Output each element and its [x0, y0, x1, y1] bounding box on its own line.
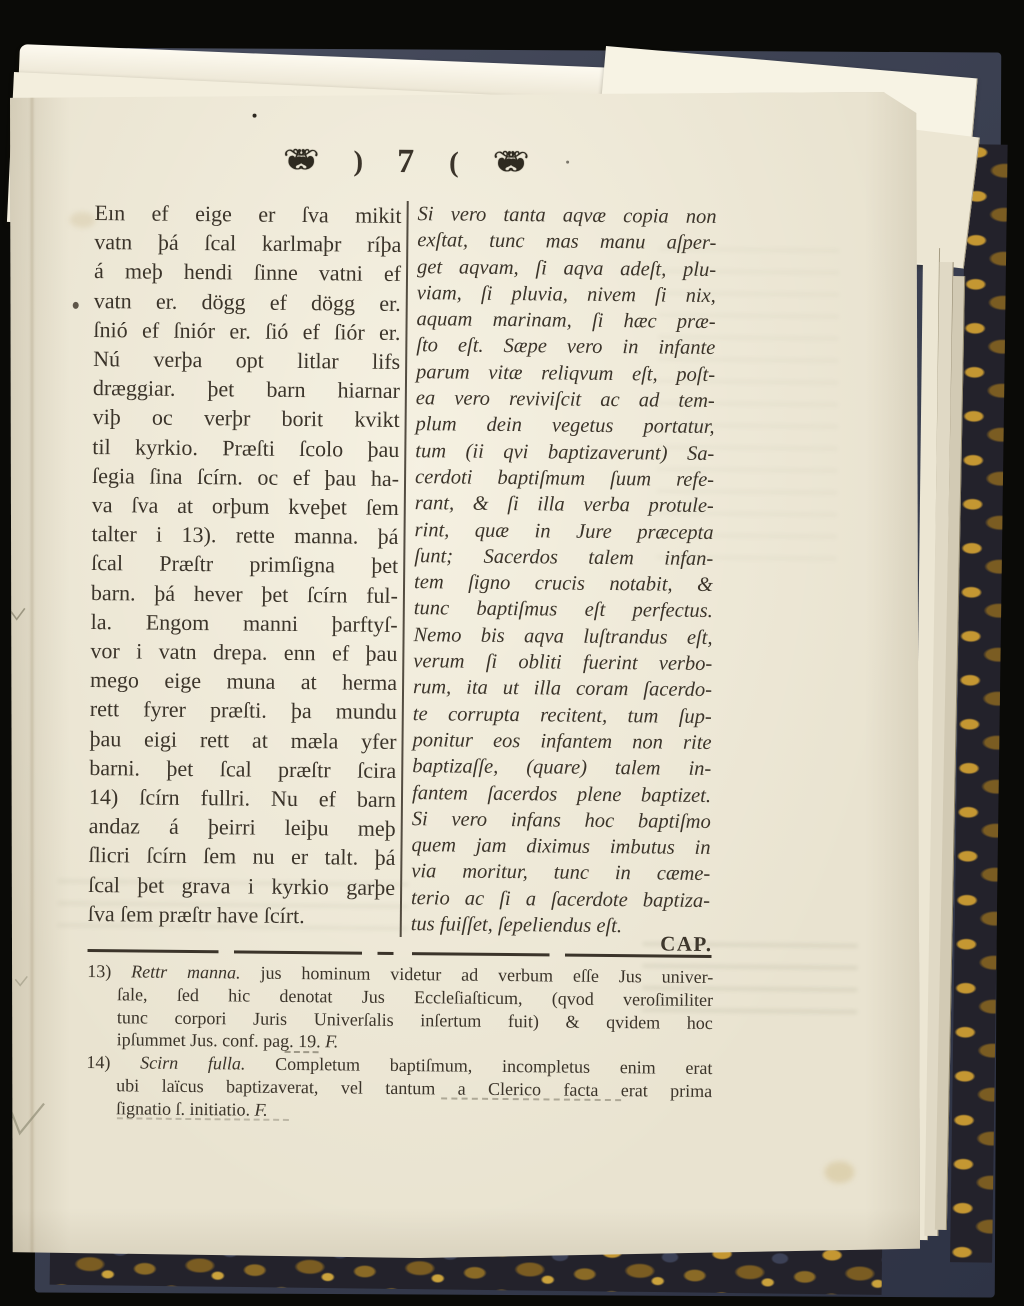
- text-line: Nemo bis aqva luſtrandus eſt,: [413, 622, 712, 651]
- text-line: ſlicri ſcírn ſem nu er talt. þá: [88, 840, 395, 872]
- text-line: plum dein vegetus portatur,: [415, 412, 714, 441]
- text-line: andaz á þeirri leiþu meþ: [89, 811, 396, 843]
- text-line: tem ſigno crucis notabit, &: [414, 569, 713, 598]
- text-line: ſto eſt. Sæpe vero in infante: [416, 333, 715, 362]
- text-line: rum, ita ut illa coram ſacerdo-: [413, 674, 712, 703]
- foxing-stain: [824, 1161, 854, 1183]
- header-left-bracket: ): [353, 145, 363, 178]
- pencil-checkmark-icon: [14, 975, 28, 987]
- text-line: va ſva at orþum kveþet ſem: [92, 490, 399, 522]
- ink-speck: [253, 114, 257, 118]
- text-line: mego eige muna at herma: [90, 665, 397, 697]
- text-line: barni. þet ſcal præſtr ſcira: [89, 753, 396, 785]
- text-line: 14) ſcírn fullri. Nu ef barn: [89, 782, 396, 814]
- text-line: aquam marinam, ſi hæc præ-: [416, 306, 715, 335]
- footnote-separator-rule: [88, 949, 712, 958]
- text-line: til kyrkio. Præſti ſcolo þau: [92, 432, 399, 464]
- text-line: dræggiar. þet barn hiarnar: [93, 373, 400, 405]
- text-line: ſegia ſina ſcírn. oc ef þau ha-: [92, 461, 399, 493]
- text-line: ponitur eos infantem non rite: [412, 727, 711, 756]
- text-line: rett fyrer præſti. þa mundu: [90, 694, 397, 726]
- text-line: parum vitæ reliqvum eſt, poſt-: [416, 359, 715, 388]
- text-line: á meþ hendi ſinne vatni ef: [94, 256, 401, 288]
- text-line: cerdoti baptiſmum ſuum refe-: [415, 464, 714, 493]
- text-line: ſva ſem præſtr have ſcírt.: [88, 899, 395, 931]
- text-line: baptizaſſe, (quare) talem in-: [412, 753, 711, 782]
- text-line: verum ſi obliti fuerint verbo-: [413, 648, 712, 677]
- text-line: terio ac ſi a ſacerdote baptiza-: [411, 885, 710, 914]
- text-line: viam, ſi pluvia, nivem ſi nix,: [417, 280, 716, 309]
- book-page: ❦❦ ) 7 ( ❦❦ Eın ef eige er ſva mikitvatn…: [10, 92, 920, 1258]
- text-line: ſcal Præſtr primſigna þet: [91, 548, 398, 580]
- text-line: te corrupta recitent, tum ſup-: [413, 701, 712, 730]
- foxing-stain: [69, 212, 95, 228]
- text-line: tum (ii qvi baptizaverunt) Sa-: [415, 438, 714, 467]
- text-line: get aqvam, ſi aqva adeſt, plu-: [417, 254, 716, 283]
- text-line: ſcal þet grava i kyrkio garþe: [88, 870, 395, 902]
- fleuron-ornament-icon: ❦❦: [493, 146, 530, 180]
- column-latin: Si vero tanta aqvæ copia nonexſtat, tunc…: [402, 201, 717, 940]
- text-line: Eın ef eige er ſva mikit: [94, 198, 401, 230]
- pencil-checkmark-icon: [10, 607, 26, 621]
- margin-dot: [73, 302, 79, 309]
- column-icelandic: Eın ef eige er ſva mikitvatn þá ſcal kar…: [88, 198, 402, 931]
- text-line: via moritur, tunc in cæme-: [411, 859, 710, 888]
- text-columns: Eın ef eige er ſva mikitvatn þá ſcal kar…: [88, 198, 717, 940]
- text-line: Si vero infans hoc baptiſmo: [412, 806, 711, 835]
- text-line: ea vero reviviſcit ac ad tem-: [416, 385, 715, 414]
- text-line: fantem ſacerdos plene baptizet.: [412, 780, 711, 809]
- fleuron-ornament-icon: ❦❦: [283, 144, 320, 178]
- text-line: Si vero tanta aqvæ copia non: [417, 201, 716, 230]
- text-line: vatn þá ſcal karlmaþr ríþa: [94, 227, 401, 259]
- text-line: quem jam diximus imbutus in: [411, 832, 710, 861]
- page-number: 7: [397, 143, 415, 181]
- text-line: vor i vatn drepa. enn ef þau: [90, 636, 397, 668]
- text-line: ſunt; Sacerdos talem infan-: [414, 543, 713, 572]
- text-line: rint, quæ in Jure præcepta: [414, 517, 713, 546]
- text-line: talter i 13). rette manna. þá: [91, 519, 398, 551]
- text-line: vatn er. dögg ef dögg er.: [94, 286, 401, 318]
- text-line: viþ oc verþr borit kvikt: [93, 402, 400, 434]
- text-line: rant, & ſi illa verba protule-: [415, 490, 714, 519]
- ink-speck: [566, 161, 569, 164]
- text-line: ſnió ef ſniór er. ſió ef ſiór er.: [93, 315, 400, 347]
- page-header: ❦❦ ) 7 ( ❦❦: [95, 140, 717, 184]
- pencil-checkmark-icon: [1, 1087, 47, 1139]
- text-line: la. Engom manni þarftyſ-: [91, 607, 398, 639]
- scan-background: ❦❦ ) 7 ( ❦❦ Eın ef eige er ſva mikitvatn…: [0, 0, 1024, 1306]
- text-line: tunc baptiſmus eſt perfectus.: [414, 596, 713, 625]
- catchword: CAP.: [660, 932, 713, 958]
- pencil-underline: [285, 1049, 319, 1053]
- printed-area: ❦❦ ) 7 ( ❦❦ Eın ef eige er ſva mikitvatn…: [0, 91, 921, 1266]
- text-line: þau eigi rett at mæla yfer: [89, 724, 396, 756]
- text-line: exſtat, tunc mas manu aſper-: [417, 227, 716, 256]
- header-right-bracket: (: [449, 146, 459, 179]
- text-line: barn. þá hever þet ſcírn ful-: [91, 578, 398, 610]
- text-line: Nú verþa opt litlar lifs: [93, 344, 400, 376]
